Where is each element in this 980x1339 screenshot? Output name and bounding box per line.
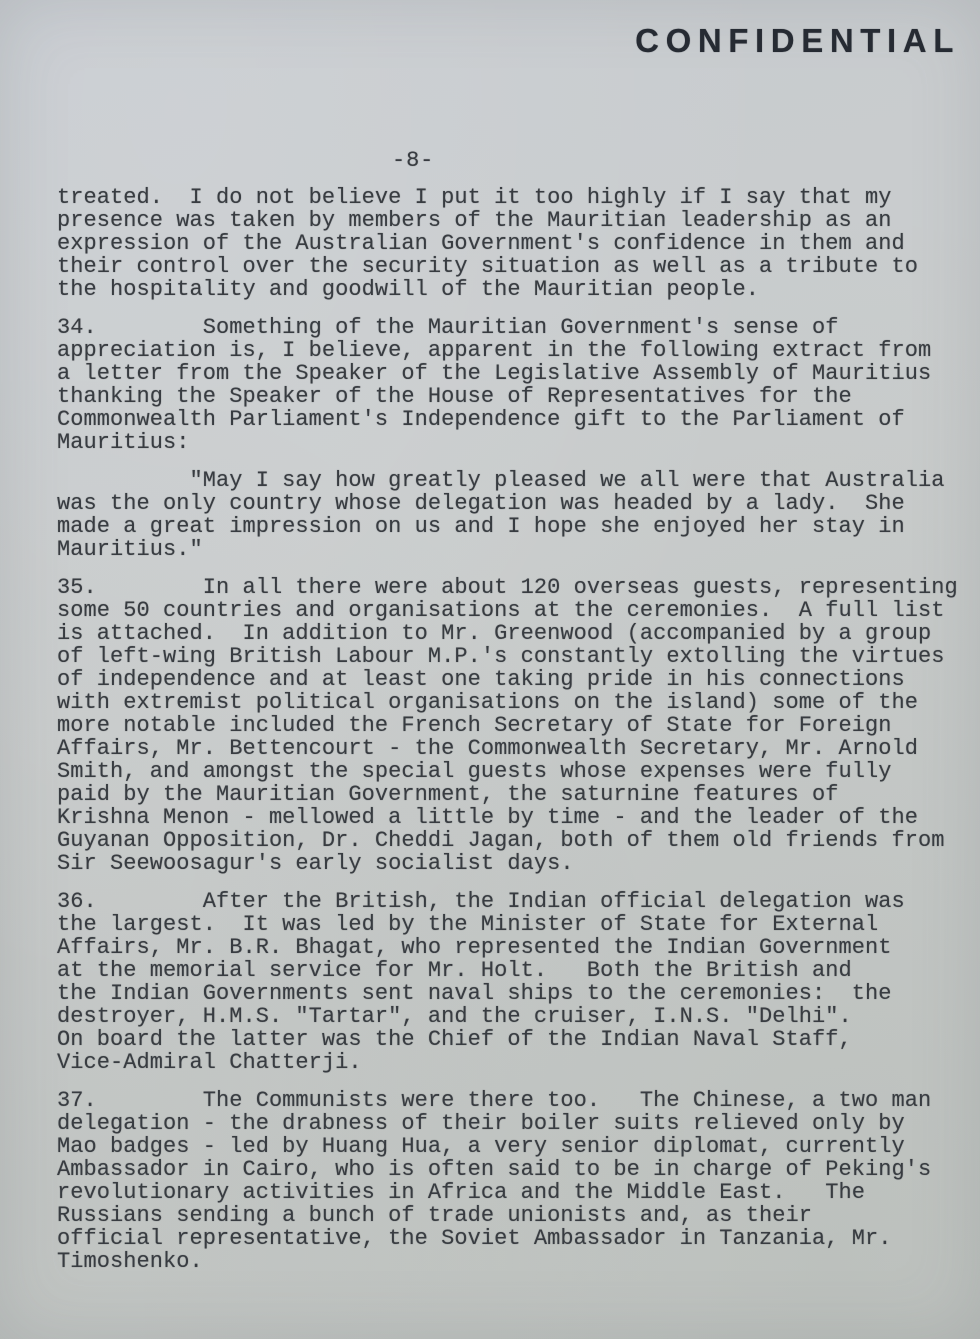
text-line: appreciation is, I believe, apparent in … [57,339,966,362]
text-line: a letter from the Speaker of the Legisla… [57,362,966,385]
text-line: destroyer, H.M.S. "Tartar", and the crui… [57,1005,966,1028]
text-line: On board the latter was the Chief of the… [57,1028,966,1051]
text-line: delegation - the drabness of their boile… [57,1112,966,1135]
paragraph: "May I say how greatly pleased we all we… [57,469,966,561]
text-line: the largest. It was led by the Minister … [57,913,966,936]
text-line: Guyanan Opposition, Dr. Cheddi Jagan, bo… [57,829,966,852]
text-line: Timoshenko. [57,1250,966,1273]
text-line: at the memorial service for Mr. Holt. Bo… [57,959,966,982]
page-number: -8- [392,148,434,173]
paragraph: 36. After the British, the Indian offici… [57,890,966,1074]
text-line: the Indian Governments sent naval ships … [57,982,966,1005]
text-line: Mauritius: [57,431,966,454]
text-line: 36. After the British, the Indian offici… [57,890,966,913]
text-line: of left-wing British Labour M.P.'s const… [57,645,966,668]
text-line: Ambassador in Cairo, who is often said t… [57,1158,966,1181]
scanned-document-page: CONFIDENTIAL -8- treated. I do not belie… [0,0,980,1339]
text-line: Krishna Menon - mellowed a little by tim… [57,806,966,829]
text-line: Commonwealth Parliament's Independence g… [57,408,966,431]
paragraph: 34. Something of the Mauritian Governmen… [57,316,966,454]
classification-stamp: CONFIDENTIAL [635,22,960,60]
text-line: some 50 countries and organisations at t… [57,599,966,622]
text-line: Mauritius." [57,538,966,561]
text-line: Smith, and amongst the special guests wh… [57,760,966,783]
text-line: Mao badges - led by Huang Hua, a very se… [57,1135,966,1158]
text-line: 37. The Communists were there too. The C… [57,1089,966,1112]
text-line: 34. Something of the Mauritian Governmen… [57,316,966,339]
text-line: more notable included the French Secreta… [57,714,966,737]
text-line: was the only country whose delegation wa… [57,492,966,515]
text-line: expression of the Australian Government'… [57,232,966,255]
text-line: Affairs, Mr. Bettencourt - the Commonwea… [57,737,966,760]
paragraph: 35. In all there were about 120 overseas… [57,576,966,875]
text-line: their control over the security situatio… [57,255,966,278]
text-line: Russians sending a bunch of trade unioni… [57,1204,966,1227]
text-line: with extremist political organisations o… [57,691,966,714]
text-line: thanking the Speaker of the House of Rep… [57,385,966,408]
text-line: treated. I do not believe I put it too h… [57,186,966,209]
paragraph: treated. I do not believe I put it too h… [57,186,966,301]
document-body: treated. I do not believe I put it too h… [57,186,966,1288]
text-line: paid by the Mauritian Government, the sa… [57,783,966,806]
text-line: Vice-Admiral Chatterji. [57,1051,966,1074]
text-line: official representative, the Soviet Amba… [57,1227,966,1250]
text-line: revolutionary activities in Africa and t… [57,1181,966,1204]
text-line: Affairs, Mr. B.R. Bhagat, who represente… [57,936,966,959]
text-line: 35. In all there were about 120 overseas… [57,576,966,599]
text-line: is attached. In addition to Mr. Greenwoo… [57,622,966,645]
text-line: made a great impression on us and I hope… [57,515,966,538]
paragraph: 37. The Communists were there too. The C… [57,1089,966,1273]
text-line: "May I say how greatly pleased we all we… [57,469,966,492]
text-line: of independence and at least one taking … [57,668,966,691]
text-line: the hospitality and goodwill of the Maur… [57,278,966,301]
text-line: presence was taken by members of the Mau… [57,209,966,232]
text-line: Sir Seewoosagur's early socialist days. [57,852,966,875]
